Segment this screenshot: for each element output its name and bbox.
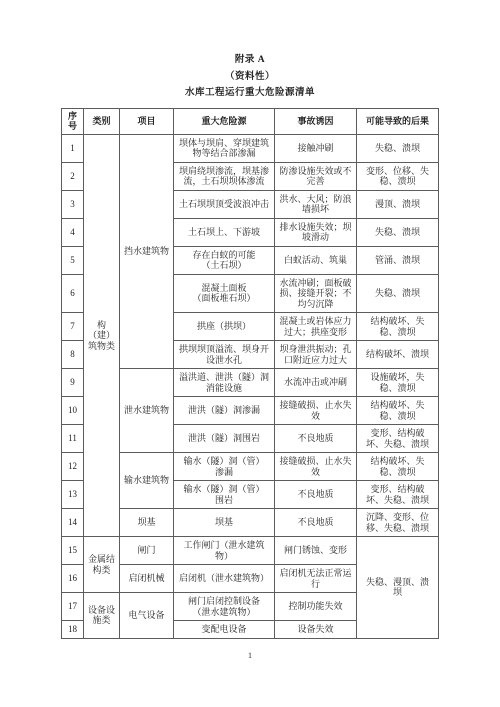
project-cell: 电气设备 [120, 593, 174, 639]
hazard-cell: 混凝土面板 （面板堆石坝） [174, 274, 275, 313]
hazard-source-table: 序 号 类别 项目 重大危险源 事故诱因 可能导致的后果 1 构 （建） 筑物类… [61, 108, 439, 639]
table-row: 15 金属结 构类 闸门 工作闸门（泄水建筑 物） 闸门锈蚀、变形 失稳、漫顶、… [62, 537, 439, 565]
table-row: 1 构 （建） 筑物类 挡水建筑物 坝体与坝肩、穿坝建筑 物等结合部渗漏 接触冲… [62, 134, 439, 162]
category-cell: 设备设 施类 [84, 593, 120, 639]
document-page: 附录 A （资料性） 水库工程运行重大危险源清单 序 号 类别 项目 重大危险源… [0, 0, 500, 707]
row-no-cell: 1 [62, 134, 84, 162]
cause-cell: 设备失效 [275, 621, 357, 639]
hazard-cell: 坝体与坝肩、穿坝建筑 物等结合部渗漏 [174, 134, 275, 162]
hazard-cell: 启闭机（泄水建筑物） [174, 565, 275, 593]
consequence-cell: 变形、结构破 坏、失稳、溃坝 [357, 425, 439, 453]
header-consequence: 可能导致的后果 [357, 108, 439, 134]
header-category: 类别 [84, 108, 120, 134]
consequence-cell: 失稳、溃坝 [357, 274, 439, 313]
project-cell: 泄水建筑物 [120, 369, 174, 453]
cause-cell: 混凝土或岩体应力 过大；拱座变形 [275, 313, 357, 341]
title-block: 附录 A （资料性） 水库工程运行重大危险源清单 [0, 0, 500, 102]
project-cell: 坝基 [120, 509, 174, 537]
hazard-cell: 坝肩绕坝渗流，坝基渗 流，土石坝坝体渗流 [174, 162, 275, 190]
row-no-cell: 3 [62, 190, 84, 218]
hazard-cell: 输水（隧）洞（管） 围岩 [174, 481, 275, 509]
cause-cell: 水流冲刷；面板破 损、接缝开裂；不 均匀沉降 [275, 274, 357, 313]
row-no-cell: 9 [62, 369, 84, 397]
cause-cell: 不良地质 [275, 509, 357, 537]
hazard-cell: 拱座（拱坝） [174, 313, 275, 341]
header-cause: 事故诱因 [275, 108, 357, 134]
cause-cell: 接缝破损、止水失 效 [275, 397, 357, 425]
consequence-cell: 失稳、溃坝 [357, 218, 439, 246]
consequence-cell: 失稳、溃坝 [357, 134, 439, 162]
row-no-cell: 12 [62, 453, 84, 481]
cause-cell: 闸门锈蚀、变形 [275, 537, 357, 565]
project-cell: 闸门 [120, 537, 174, 565]
document-title: 水库工程运行重大危险源清单 [0, 85, 500, 102]
page-number: 1 [0, 650, 500, 660]
consequence-cell: 变形、位移、失 稳、溃坝 [357, 162, 439, 190]
cause-cell: 洪水、大风；防浪 墙损坏 [275, 190, 357, 218]
row-no-cell: 16 [62, 565, 84, 593]
row-no-cell: 6 [62, 274, 84, 313]
hazard-cell: 泄洪（隧）洞围岩 [174, 425, 275, 453]
row-no-cell: 10 [62, 397, 84, 425]
cause-cell: 水流冲击或冲刷 [275, 369, 357, 397]
header-row: 序 号 类别 项目 重大危险源 事故诱因 可能导致的后果 [62, 108, 439, 134]
hazard-cell: 存在白蚁的可能 （土石坝） [174, 246, 275, 274]
hazard-cell: 土石坝坝顶受波浪冲击 [174, 190, 275, 218]
appendix-label: 附录 A [0, 52, 500, 69]
hazard-cell: 拱坝坝顶溢流、坝身开 设泄水孔 [174, 341, 275, 369]
row-no-cell: 2 [62, 162, 84, 190]
cause-cell: 接缝破损、止水失 效 [275, 453, 357, 481]
row-no-cell: 11 [62, 425, 84, 453]
consequence-cell: 设施破坏，失 稳、溃坝 [357, 369, 439, 397]
row-no-cell: 5 [62, 246, 84, 274]
cause-cell: 不良地质 [275, 425, 357, 453]
hazard-cell: 坝基 [174, 509, 275, 537]
consequence-cell: 沉降、变形、位 移、失稳、溃坝 [357, 509, 439, 537]
row-no-cell: 18 [62, 621, 84, 639]
header-project: 项目 [120, 108, 174, 134]
consequence-cell: 结构破坏、失 稳、溃坝 [357, 313, 439, 341]
row-no-cell: 14 [62, 509, 84, 537]
row-no-cell: 4 [62, 218, 84, 246]
consequence-cell: 结构破坏、失 稳、溃坝 [357, 453, 439, 481]
consequence-cell: 漫顶、溃坝 [357, 190, 439, 218]
row-no-cell: 17 [62, 593, 84, 621]
cause-cell: 接触冲刷 [275, 134, 357, 162]
hazard-cell: 泄洪（隧）洞渗漏 [174, 397, 275, 425]
consequence-cell: 结构破坏、溃坝 [357, 341, 439, 369]
consequence-cell: 管涌、溃坝 [357, 246, 439, 274]
hazard-cell: 输水（隧）洞（管） 渗漏 [174, 453, 275, 481]
project-cell: 输水建筑物 [120, 453, 174, 509]
merged-consequence-cell: 失稳、漫顶、溃 坝 [357, 537, 439, 639]
cause-cell: 白蚁活动、筑巢 [275, 246, 357, 274]
row-no-cell: 8 [62, 341, 84, 369]
category-cell: 构 （建） 筑物类 [84, 134, 120, 537]
hazard-cell: 闸门启闭控制设备 （泄水建筑物） [174, 593, 275, 621]
consequence-cell: 结构破坏、失 稳、溃坝 [357, 397, 439, 425]
hazard-cell: 土石坝上、下游坡 [174, 218, 275, 246]
row-no-cell: 7 [62, 313, 84, 341]
cause-cell: 控制功能失效 [275, 593, 357, 621]
category-cell: 金属结 构类 [84, 537, 120, 593]
row-no-cell: 15 [62, 537, 84, 565]
project-cell: 挡水建筑物 [120, 134, 174, 369]
header-hazard: 重大危险源 [174, 108, 275, 134]
row-no-cell: 13 [62, 481, 84, 509]
hazard-cell: 工作闸门（泄水建筑 物） [174, 537, 275, 565]
header-no: 序 号 [62, 108, 84, 134]
cause-cell: 防渗设施失效或不 完善 [275, 162, 357, 190]
informative-label: （资料性） [0, 69, 500, 86]
hazard-cell: 变配电设备 [174, 621, 275, 639]
consequence-cell: 变形、结构破 坏、失稳、溃坝 [357, 481, 439, 509]
cause-cell: 启闭机无法正常运 行 [275, 565, 357, 593]
hazard-cell: 溢洪道、泄洪（隧）洞 消能设施 [174, 369, 275, 397]
project-cell: 启闭机械 [120, 565, 174, 593]
cause-cell: 坝身泄洪振动；孔 口附近应力过大 [275, 341, 357, 369]
cause-cell: 不良地质 [275, 481, 357, 509]
cause-cell: 排水设施失效；坝 坡滑动 [275, 218, 357, 246]
